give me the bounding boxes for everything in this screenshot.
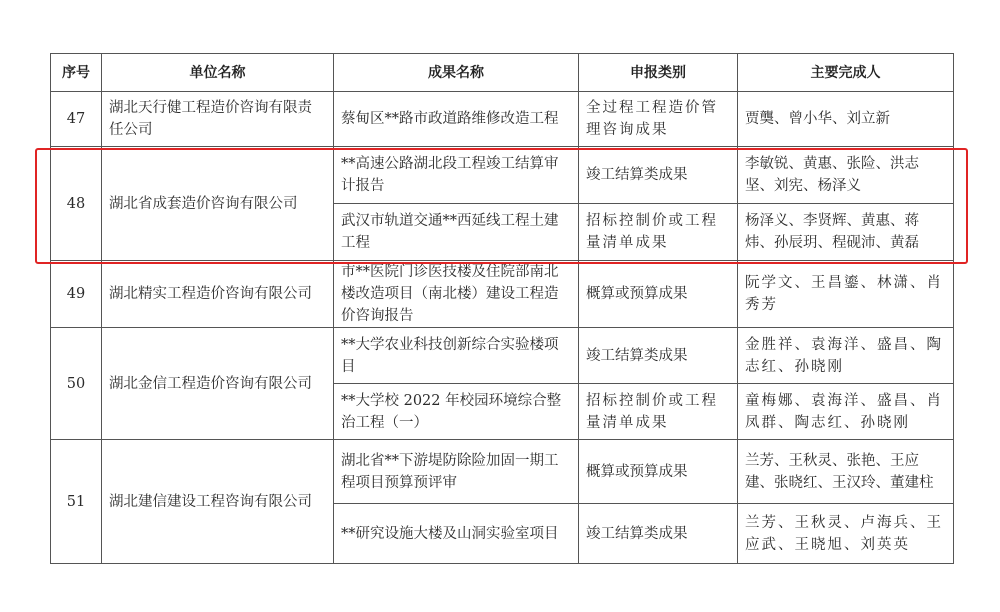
result-category: 竣工结算类成果 <box>579 147 738 204</box>
main-contributors: 贾龑、曾小华、刘立新 <box>738 92 954 147</box>
table-header-row: 序号 单位名称 成果名称 申报类别 主要完成人 <box>51 54 954 92</box>
unit-name: 湖北省成套造价咨询有限公司 <box>102 147 334 261</box>
row-number: 49 <box>51 261 102 328</box>
main-contributors: 金胜祥、袁海洋、盛昌、陶志红、孙晓刚 <box>738 328 954 384</box>
main-contributors: 兰芳、王秋灵、卢海兵、王应武、王晓旭、刘英英 <box>738 504 954 564</box>
unit-name: 湖北天行健工程造价咨询有限责任公司 <box>102 92 334 147</box>
unit-name: 湖北金信工程造价咨询有限公司 <box>102 328 334 440</box>
main-contributors: 李敏锐、黄惠、张险、洪志坚、刘宪、杨泽义 <box>738 147 954 204</box>
table-row: 51 湖北建信建设工程咨询有限公司 湖北省**下游堤防除险加固一期工程项目预算预… <box>51 440 954 504</box>
header-no: 序号 <box>51 54 102 92</box>
result-category: 全过程工程造价管理咨询成果 <box>579 92 738 147</box>
unit-name: 湖北建信建设工程咨询有限公司 <box>102 440 334 564</box>
header-category: 申报类别 <box>579 54 738 92</box>
result-category: 竣工结算类成果 <box>579 328 738 384</box>
main-contributors: 兰芳、王秋灵、张艳、王应建、张晓红、王汉玲、董建柱 <box>738 440 954 504</box>
row-number: 48 <box>51 147 102 261</box>
result-name: **研究设施大楼及山洞实验室项目 <box>334 504 579 564</box>
main-contributors: 阮学文、王昌鎏、林潇、肖秀芳 <box>738 261 954 328</box>
header-result: 成果名称 <box>334 54 579 92</box>
row-number: 51 <box>51 440 102 564</box>
result-category: 概算或预算成果 <box>579 440 738 504</box>
row-number: 50 <box>51 328 102 440</box>
result-name: **大学农业科技创新综合实验楼项目 <box>334 328 579 384</box>
result-name: **大学校 2022 年校园环境综合整治工程（一） <box>334 384 579 440</box>
table-row: 49 湖北精实工程造价咨询有限公司 市**医院门诊医技楼及住院部南北楼改造项目（… <box>51 261 954 328</box>
table-row: 47 湖北天行健工程造价咨询有限责任公司 蔡甸区**路市政道路维修改造工程 全过… <box>51 92 954 147</box>
result-category: 概算或预算成果 <box>579 261 738 328</box>
header-unit: 单位名称 <box>102 54 334 92</box>
table-row: 48 湖北省成套造价咨询有限公司 **高速公路湖北段工程竣工结算审计报告 竣工结… <box>51 147 954 204</box>
result-name: 蔡甸区**路市政道路维修改造工程 <box>334 92 579 147</box>
awards-table: 序号 单位名称 成果名称 申报类别 主要完成人 47 湖北天行健工程造价咨询有限… <box>50 53 954 564</box>
main-contributors: 杨泽义、李贤辉、黄惠、蒋炜、孙辰玥、程砚沛、黄磊 <box>738 204 954 261</box>
row-number: 47 <box>51 92 102 147</box>
table-row: 50 湖北金信工程造价咨询有限公司 **大学农业科技创新综合实验楼项目 竣工结算… <box>51 328 954 384</box>
result-category: 竣工结算类成果 <box>579 504 738 564</box>
result-category: 招标控制价或工程量清单成果 <box>579 204 738 261</box>
result-name: 武汉市轨道交通**西延线工程土建工程 <box>334 204 579 261</box>
result-category: 招标控制价或工程量清单成果 <box>579 384 738 440</box>
result-name: **高速公路湖北段工程竣工结算审计报告 <box>334 147 579 204</box>
main-contributors: 童梅娜、袁海洋、盛昌、肖凤群、陶志红、孙晓刚 <box>738 384 954 440</box>
unit-name: 湖北精实工程造价咨询有限公司 <box>102 261 334 328</box>
result-name: 市**医院门诊医技楼及住院部南北楼改造项目（南北楼）建设工程造价咨询报告 <box>334 261 579 328</box>
result-name: 湖北省**下游堤防除险加固一期工程项目预算预评审 <box>334 440 579 504</box>
header-people: 主要完成人 <box>738 54 954 92</box>
